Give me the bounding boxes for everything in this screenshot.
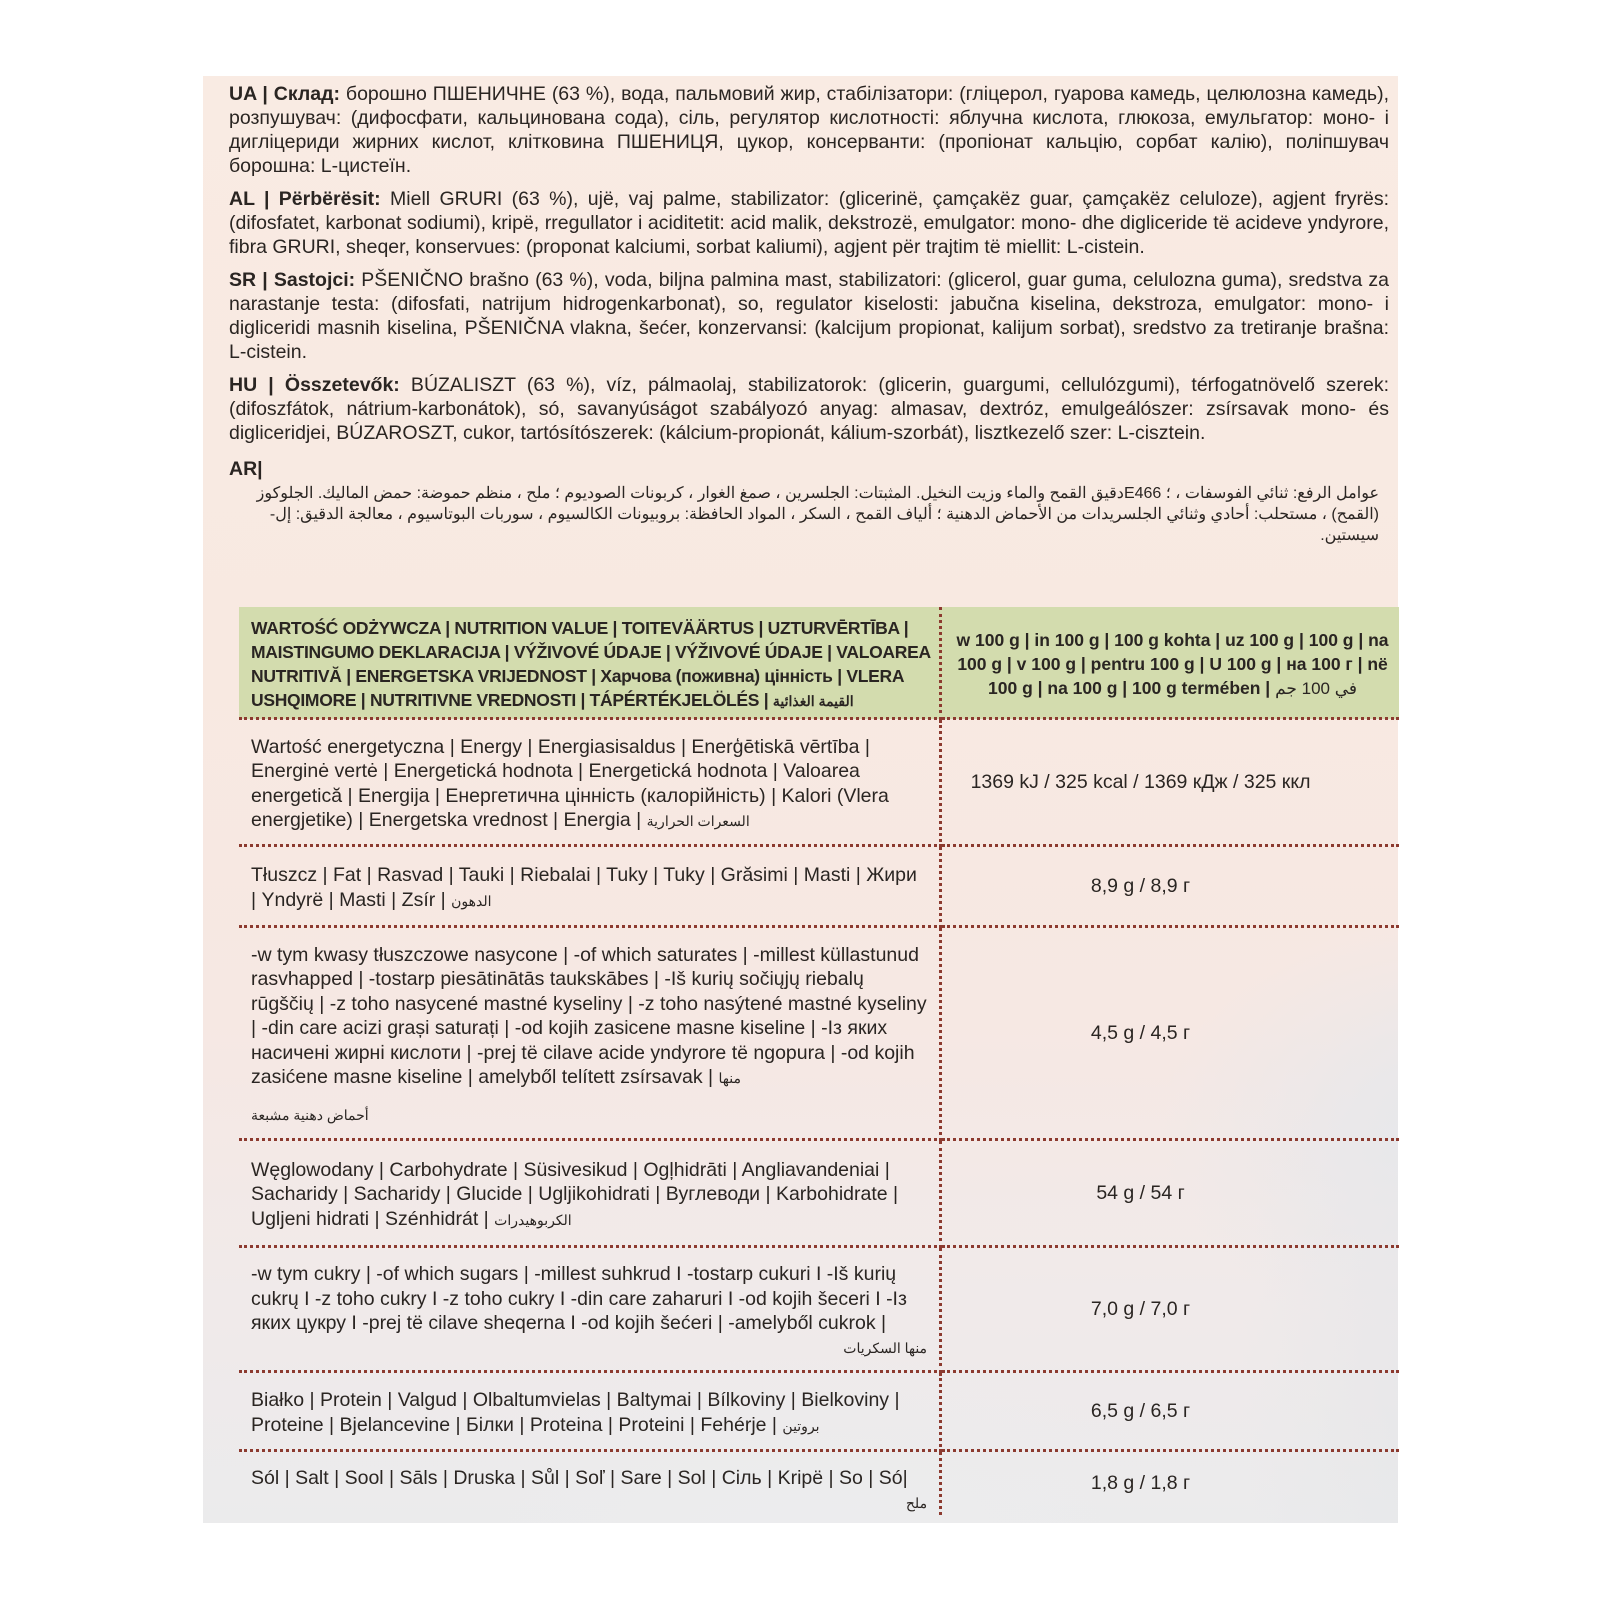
nutrition-header-row: WARTOŚĆ ODŻYWCZA | NUTRITION VALUE | TOI…	[239, 607, 1399, 719]
ingredients-ar-heading: AR|	[229, 457, 1389, 481]
nutrient-value: 4,5 g / 4,5 г	[941, 927, 1399, 1140]
ingredients-al: AL | Përbërësit: Miell GRURI (63 %), ujë…	[229, 187, 1389, 259]
nutrition-row-carbohydrate: Węglowodany | Carbohydrate | Süsivesikud…	[239, 1140, 1399, 1247]
nutrition-row-salt: Sól | Salt | Sool | Sāls | Druska | Sůl …	[239, 1451, 1399, 1516]
ingredients-ua: UA | Склад: борошно ПШЕНИЧНЕ (63 %), вод…	[229, 82, 1389, 178]
ingredients-hu: HU | Összetevők: BÚZALISZT (63 %), víz, …	[229, 373, 1389, 445]
nutrient-value: 54 g / 54 г	[941, 1140, 1399, 1247]
ingredients-text: борошно ПШЕНИЧНЕ (63 %), вода, пальмовий…	[229, 83, 1389, 177]
nutrient-label: Białko | Protein | Valgud | Olbaltumviel…	[239, 1372, 941, 1451]
nutrient-label: Tłuszcz | Fat | Rasvad | Tauki | Riebala…	[239, 846, 941, 927]
ingredients-heading: HU | Összetevők:	[229, 374, 400, 396]
nutrition-row-fat: Tłuszcz | Fat | Rasvad | Tauki | Riebala…	[239, 846, 1399, 927]
ingredients-heading: UA | Склад:	[229, 83, 340, 105]
nutrient-label: Wartość energetyczna | Energy | Energias…	[239, 719, 941, 846]
nutrient-label: Węglowodany | Carbohydrate | Süsivesikud…	[239, 1140, 941, 1247]
ingredients-text: BÚZALISZT (63 %), víz, pálmaolaj, stabil…	[229, 374, 1389, 444]
product-label: UA | Склад: борошно ПШЕНИЧНЕ (63 %), вод…	[203, 76, 1398, 1523]
nutrition-row-energy: Wartość energetyczna | Energy | Energias…	[239, 719, 1399, 846]
nutrient-value: 8,9 g / 8,9 г	[941, 846, 1399, 927]
nutrient-value: 7,0 g / 7,0 г	[941, 1247, 1399, 1372]
ingredients-heading: SR | Sastojci:	[229, 269, 355, 291]
nutrition-table: WARTOŚĆ ODŻYWCZA | NUTRITION VALUE | TOI…	[239, 607, 1399, 1515]
ingredients-sr: SR | Sastojci: PŠENIČNO brašno (63 %), v…	[229, 268, 1389, 364]
nutrient-value: 6,5 g / 6,5 г	[941, 1372, 1399, 1451]
nutrition-header-label: WARTOŚĆ ODŻYWCZA | NUTRITION VALUE | TOI…	[239, 607, 941, 719]
nutrition-row-sugars: -w tym cukry | -of which sugars | -mille…	[239, 1247, 1399, 1372]
nutrient-value: 1369 kJ / 325 kcal / 1369 кДж / 325 ккл	[941, 719, 1399, 846]
nutrition-header-per: w 100 g | in 100 g | 100 g kohta | uz 10…	[941, 607, 1399, 719]
ingredients-ar-text: عوامل الرفع: ثنائي الفوسفات ، ؛ E466دقيق…	[229, 483, 1389, 546]
ingredients-text: PŠENIČNO brašno (63 %), voda, biljna pal…	[229, 269, 1389, 363]
nutrition-row-saturates: -w tym kwasy tłuszczowe nasycone | -of w…	[239, 927, 1399, 1140]
nutrient-label: Sól | Salt | Sool | Sāls | Druska | Sůl …	[239, 1451, 941, 1516]
ingredients-section: UA | Склад: борошно ПШЕНИЧНЕ (63 %), вод…	[229, 82, 1389, 546]
ingredients-text: Miell GRURI (63 %), ujë, vaj palme, stab…	[229, 188, 1389, 258]
nutrient-label: -w tym cukry | -of which sugars | -mille…	[239, 1247, 941, 1372]
nutrition-row-protein: Białko | Protein | Valgud | Olbaltumviel…	[239, 1372, 1399, 1451]
ingredients-heading: AL | Përbërësit:	[229, 188, 381, 210]
nutrient-value: 1,8 g / 1,8 г	[941, 1451, 1399, 1516]
nutrient-label: -w tym kwasy tłuszczowe nasycone | -of w…	[239, 927, 941, 1140]
